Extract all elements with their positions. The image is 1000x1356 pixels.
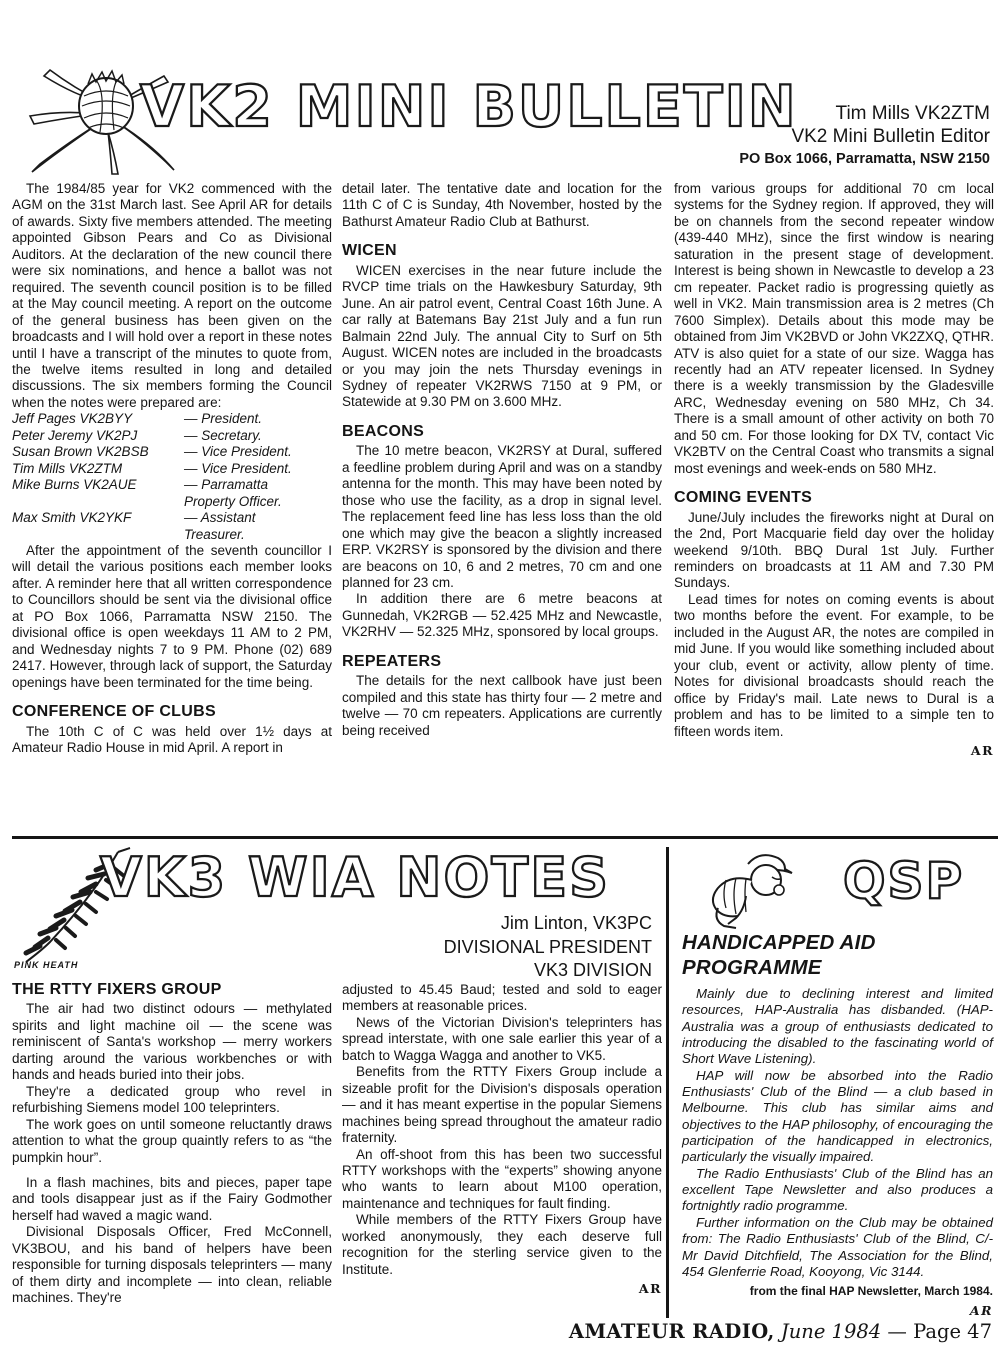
qsp-source-credit: from the final HAP Newsletter, March 198… xyxy=(682,1283,993,1299)
vk3-c2-paragraph-2: News of the Victorian Division's telepri… xyxy=(342,1015,662,1064)
vk2-editor-name: Tim Mills VK2ZTM xyxy=(739,102,990,125)
vk2-c1-paragraph-2: After the appointment of the seventh cou… xyxy=(12,543,332,691)
vk3-credit-name: Jim Linton, VK3PC xyxy=(340,912,652,936)
footer-magazine-name: AMATEUR RADIO, xyxy=(569,1320,775,1343)
officer-row: Tim Mills VK2ZTM— Vice President. xyxy=(12,461,332,477)
qsp-paragraph-3: The Radio Enthusiasts' Club of the Blind… xyxy=(682,1166,993,1215)
vk2-c3-paragraph-1: from various groups for additional 70 cm… xyxy=(674,181,994,477)
officer-name: Jeff Pages VK2BYY xyxy=(12,411,184,427)
footer-issue: June 1984 xyxy=(775,1320,888,1343)
vk3-c2-paragraph-1: adjusted to 45.45 Baud; tested and sold … xyxy=(342,982,662,1015)
vk2-column-1: The 1984/85 year for VK2 commenced with … xyxy=(12,181,332,756)
officer-row: Max Smith VK2YKF— Assistant Treasurer. xyxy=(12,510,332,543)
vk2-editor-role: VK2 Mini Bulletin Editor xyxy=(739,125,990,148)
vk3-credit-role: DIVISIONAL PRESIDENT xyxy=(340,936,652,960)
qsp-paragraph-2: HAP will now be absorbed into the Radio … xyxy=(682,1068,993,1166)
vk2-c1-paragraph-1: The 1984/85 year for VK2 commenced with … xyxy=(12,181,332,411)
page-footer: AMATEUR RADIO, June 1984 — Page 47 xyxy=(569,1320,992,1343)
officer-role: — Parramatta Property Officer. xyxy=(184,477,332,510)
officer-name: Tim Mills VK2ZTM xyxy=(12,461,184,477)
heading-conference-of-clubs: CONFERENCE OF CLUBS xyxy=(12,704,332,720)
vk2-end-mark: AR xyxy=(674,743,994,759)
vk2-editor-address: PO Box 1066, Parramatta, NSW 2150 xyxy=(739,148,990,171)
vk3-c1-paragraph-4: In a flash machines, bits and pieces, pa… xyxy=(12,1175,332,1224)
vk2-c2-paragraph-5: The details for the next callbook have j… xyxy=(342,673,662,739)
vk2-c2-paragraph-1: detail later. The tentative date and loc… xyxy=(342,181,662,230)
officer-role: — Vice President. xyxy=(184,461,332,477)
officer-name: Peter Jeremy VK2PJ xyxy=(12,428,184,444)
heading-rtty-fixers-group: THE RTTY FIXERS GROUP xyxy=(12,982,332,998)
vk2-c3-paragraph-3: Lead times for notes on coming events is… xyxy=(674,592,994,740)
heading-wicen: WICEN xyxy=(342,243,662,259)
heading-beacons: BEACONS xyxy=(342,424,662,440)
vk2-c1-paragraph-3: The 10th C of C was held over 1½ days at… xyxy=(12,724,332,757)
vk3-end-mark: AR xyxy=(342,1281,662,1297)
officer-row: Peter Jeremy VK2PJ— Secretary. xyxy=(12,428,332,444)
vk2-column-2: detail later. The tentative date and loc… xyxy=(342,181,662,739)
officer-name: Mike Burns VK2AUE xyxy=(12,477,184,510)
vk3-c2-paragraph-5: While members of the RTTY Fixers Group h… xyxy=(342,1212,662,1278)
vk3-column-1: THE RTTY FIXERS GROUP The air had two di… xyxy=(12,982,332,1307)
officer-role: — Secretary. xyxy=(184,428,332,444)
vk3-credit-block: Jim Linton, VK3PC DIVISIONAL PRESIDENT V… xyxy=(340,912,652,983)
officer-name: Susan Brown VK2BSB xyxy=(12,444,184,460)
vk3-c1-paragraph-2: They're a dedicated group who revel in r… xyxy=(12,1084,332,1117)
officer-row: Jeff Pages VK2BYY— President. xyxy=(12,411,332,427)
officer-row: Mike Burns VK2AUE— Parramatta Property O… xyxy=(12,477,332,510)
vk2-c2-paragraph-3: The 10 metre beacon, VK2RSY at Dural, su… xyxy=(342,443,662,591)
officer-role: — President. xyxy=(184,411,332,427)
vk3-c1-paragraph-5: Divisional Disposals Officer, Fred McCon… xyxy=(12,1224,332,1306)
qsp-column: Mainly due to declining interest and lim… xyxy=(682,986,993,1319)
vk3-masthead-title: VK3 WIA NOTES xyxy=(100,846,610,909)
officer-name: Max Smith VK2YKF xyxy=(12,510,184,543)
qsp-end-mark: AR xyxy=(682,1303,993,1319)
vk3-credit-division: VK3 DIVISION xyxy=(340,959,652,983)
crawling-baby-illustration xyxy=(686,846,804,934)
vk2-editor-block: Tim Mills VK2ZTM VK2 Mini Bulletin Edito… xyxy=(739,102,990,171)
heading-repeaters: REPEATERS xyxy=(342,654,662,670)
qsp-masthead-title: QSP xyxy=(843,852,964,910)
officer-row: Susan Brown VK2BSB— Vice President. xyxy=(12,444,332,460)
vk3-c1-paragraph-3: The work goes on until someone reluctant… xyxy=(12,1117,332,1166)
vk3-c2-paragraph-3: Benefits from the RTTY Fixers Group incl… xyxy=(342,1064,662,1146)
officer-role: — Vice President. xyxy=(184,444,332,460)
vk2-masthead-title: VK2 MINI BULLETIN xyxy=(140,74,798,140)
heading-handicapped-aid-programme: HANDICAPPED AID PROGRAMME xyxy=(682,930,942,980)
vk2-c2-paragraph-2: WICEN exercises in the near future inclu… xyxy=(342,263,662,411)
vk2-council-officer-list: Jeff Pages VK2BYY— President. Peter Jere… xyxy=(12,411,332,543)
footer-page-number: — Page 47 xyxy=(887,1320,992,1343)
vk2-c3-paragraph-2: June/July includes the fireworks night a… xyxy=(674,510,994,592)
vk2-column-3: from various groups for additional 70 cm… xyxy=(674,181,994,759)
vk3-column-2: adjusted to 45.45 Baud; tested and sold … xyxy=(342,982,662,1298)
pink-heath-caption: PINK HEATH xyxy=(14,960,78,970)
vk2-c2-paragraph-4: In addition there are 6 metre beacons at… xyxy=(342,591,662,640)
heading-coming-events: COMING EVENTS xyxy=(674,490,994,506)
column-divider-rule xyxy=(666,847,669,1318)
vk3-c2-paragraph-4: An off-shoot from this has been two succ… xyxy=(342,1147,662,1213)
vk3-c1-paragraph-1: The air had two distinct odours — methyl… xyxy=(12,1001,332,1083)
magazine-page: VK2 MINI BULLETIN Tim Mills VK2ZTM VK2 M… xyxy=(0,0,1000,1356)
qsp-paragraph-4: Further information on the Club may be o… xyxy=(682,1215,993,1280)
qsp-paragraph-1: Mainly due to declining interest and lim… xyxy=(682,986,993,1068)
section-divider-rule xyxy=(12,836,998,839)
officer-role: — Assistant Treasurer. xyxy=(184,510,332,543)
